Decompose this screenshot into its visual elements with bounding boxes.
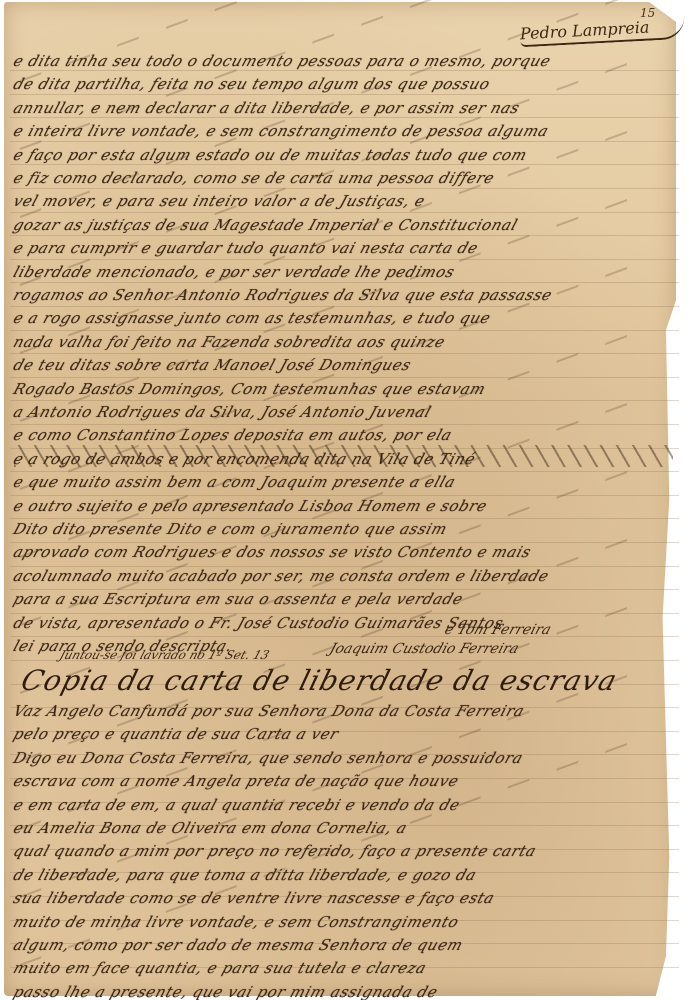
manuscript-line: e em carta de em, a qual quantia recebi … [11, 796, 674, 814]
manuscript-line: vel mover, e para seu inteiro valor a de… [11, 192, 674, 210]
ruling-line [10, 330, 679, 331]
manuscript-line: algum, como por ser dado de mesma Senhor… [11, 936, 674, 954]
manuscript-line: e como Constantino Lopes deposita em aut… [11, 426, 674, 444]
ruling-line [10, 141, 679, 142]
ruling-line [10, 377, 679, 378]
manuscript-line: e faço por esta algum estado ou de muita… [11, 146, 674, 164]
manuscript-line: qual quando a mim por preço no referido,… [11, 842, 674, 860]
manuscript-line: e que muito assim bem a com Joaquim pres… [11, 473, 674, 491]
manuscript-line: sua liberdade como se de ventre livre na… [11, 889, 674, 907]
manuscript-line: liberdade mencionado, e por ser verdade … [11, 263, 674, 281]
manuscript-line: nada valha foi feito na Fazenda sobredit… [11, 333, 674, 351]
manuscript-line: eu Amelia Bona de Oliveira em dona Corne… [11, 819, 674, 837]
ruling-line [10, 306, 679, 307]
ruling-line [10, 188, 679, 189]
ruling-line [10, 471, 679, 472]
ruling-line [10, 518, 679, 519]
manuscript-line: passo lhe a presente, que vai por mim as… [11, 983, 674, 1000]
closing-signature-2: Joaquim Custodio Ferreira [327, 641, 520, 657]
ruling-line [10, 94, 679, 95]
ruling-line [10, 495, 679, 496]
ruling-line [10, 282, 679, 283]
manuscript-line: e dita tinha seu todo o documento pessoa… [11, 52, 674, 70]
ruling-line [10, 424, 679, 425]
manuscript-line: de dita partilha, feita no seu tempo alg… [11, 75, 674, 93]
manuscript-line: de liberdade, para que toma a ditta libe… [11, 866, 674, 884]
ruling-line [10, 259, 679, 260]
ruling-line [10, 70, 679, 71]
registration-note: Juntou-se foi lavrado no 1º Set. 13 [58, 648, 271, 662]
closing-signature-1: e Tom Ferreira [442, 622, 553, 638]
manuscript-line: e inteira livre vontade, e sem constrang… [11, 122, 674, 140]
ruling-line [10, 400, 679, 401]
manuscript-line: muito em face quantia, e para sua tutela… [11, 959, 674, 977]
manuscript-line: de vista, apresentado o Fr. José Custodi… [11, 614, 674, 632]
manuscript-line: muito de minha livre vontade, e sem Cons… [11, 913, 674, 931]
ruling-line [10, 212, 679, 213]
manuscript-line: e para cumprir e guardar tudo quanto vai… [11, 239, 674, 257]
manuscript-line: escrava com a nome Angela preta de nação… [11, 772, 674, 790]
manuscript-line: a Antonio Rodrigues da Silva, José Anton… [11, 403, 674, 421]
